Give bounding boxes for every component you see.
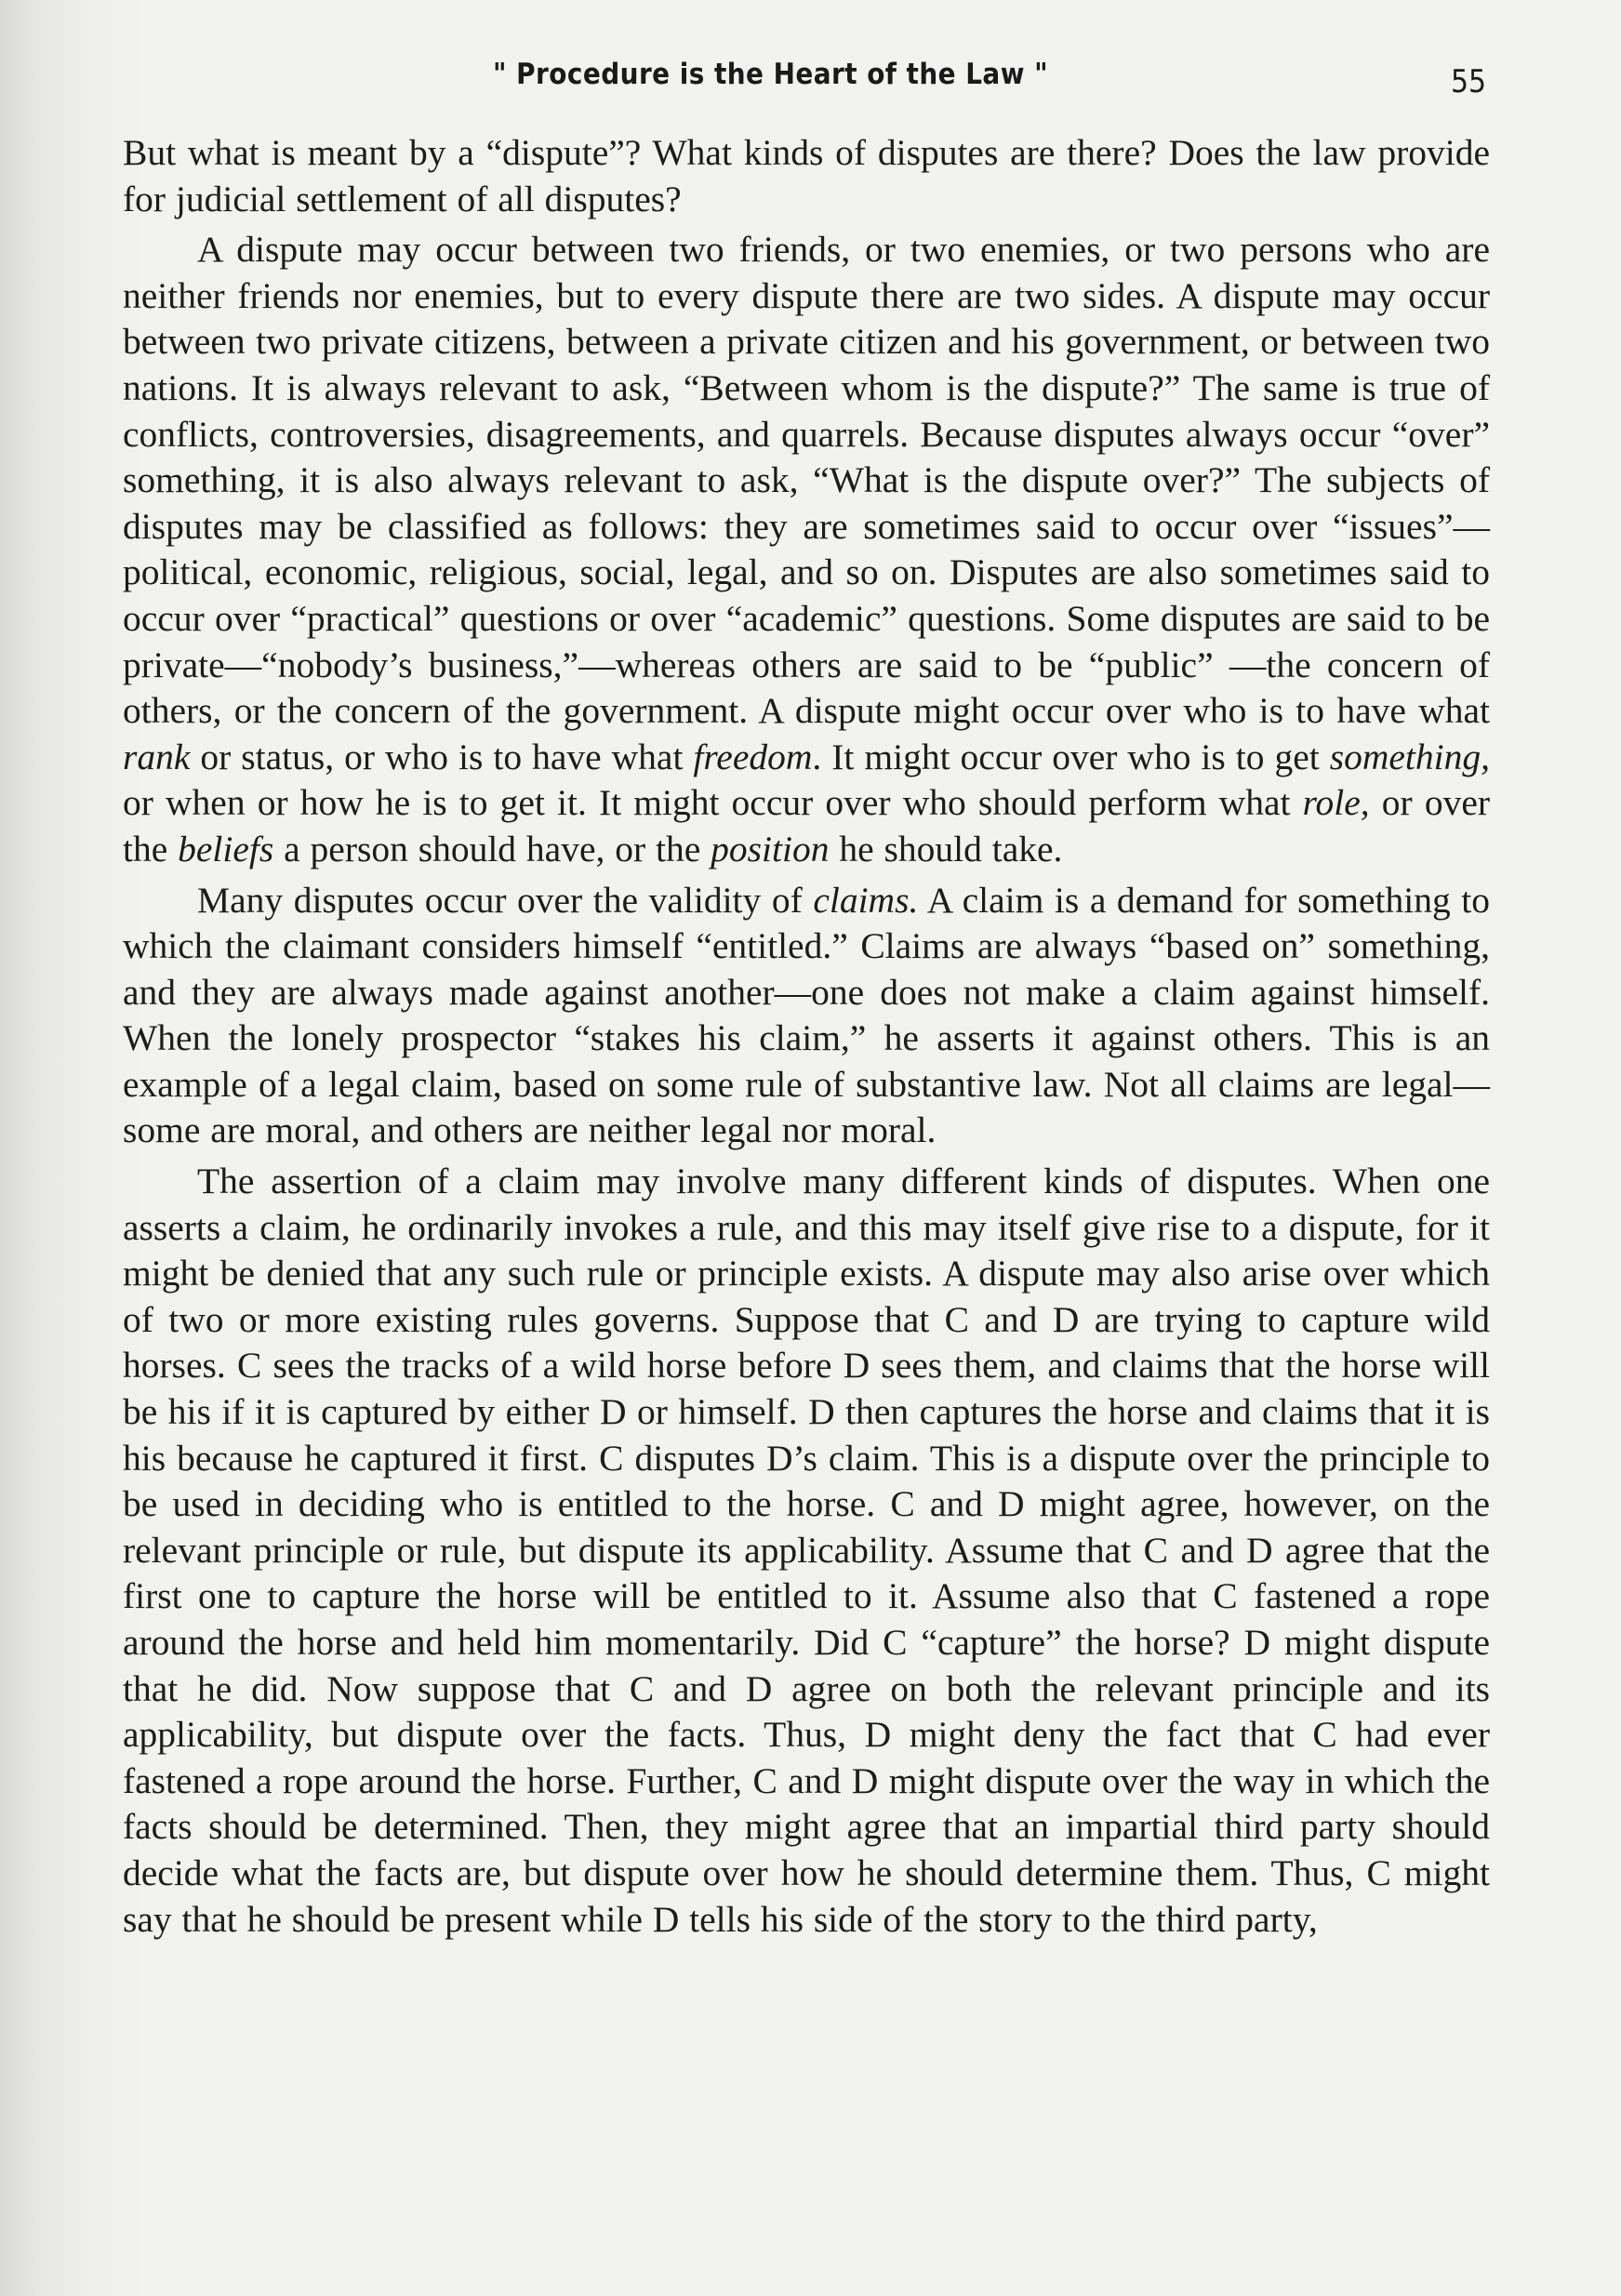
italic-term: claims. <box>813 880 918 921</box>
running-header-title: " Procedure is the Heart of the Law " <box>493 58 1048 91</box>
text-run: . It might occur over who is to get <box>812 737 1329 777</box>
italic-term: beliefs <box>178 829 273 869</box>
italic-term: freedom <box>693 737 812 777</box>
paragraph: Many disputes occur over the validity of… <box>123 878 1490 1155</box>
italic-term: role, <box>1303 782 1370 823</box>
book-page: " Procedure is the Heart of the Law " 55… <box>0 0 1621 2296</box>
body-text: But what is meant by a “dispute”? What k… <box>123 130 1490 1943</box>
page-number: 55 <box>1451 63 1486 100</box>
text-run: Many disputes occur over the validity of <box>197 880 813 921</box>
paragraph: A dispute may occur between two friends,… <box>123 227 1490 872</box>
text-run: A dispute may occur between two friends,… <box>123 229 1490 731</box>
paragraph: The assertion of a claim may involve man… <box>123 1159 1490 1943</box>
text-run: But what is meant by a “dispute”? What k… <box>123 132 1490 219</box>
text-run: or status, or who is to have what <box>190 737 693 777</box>
paragraph: But what is meant by a “dispute”? What k… <box>123 130 1490 222</box>
text-run: The assertion of a claim may involve man… <box>123 1161 1490 1940</box>
show-through-text <box>93 2204 1488 2241</box>
text-run: he should take. <box>829 829 1062 869</box>
running-header: " Procedure is the Heart of the Law " 55 <box>0 58 1621 104</box>
text-run: or when or how he is to get it. It might… <box>123 782 1303 823</box>
italic-term: something, <box>1330 737 1490 777</box>
italic-term: rank <box>123 737 190 777</box>
italic-term: position <box>711 829 829 869</box>
text-run: a person should have, or the <box>273 829 711 869</box>
